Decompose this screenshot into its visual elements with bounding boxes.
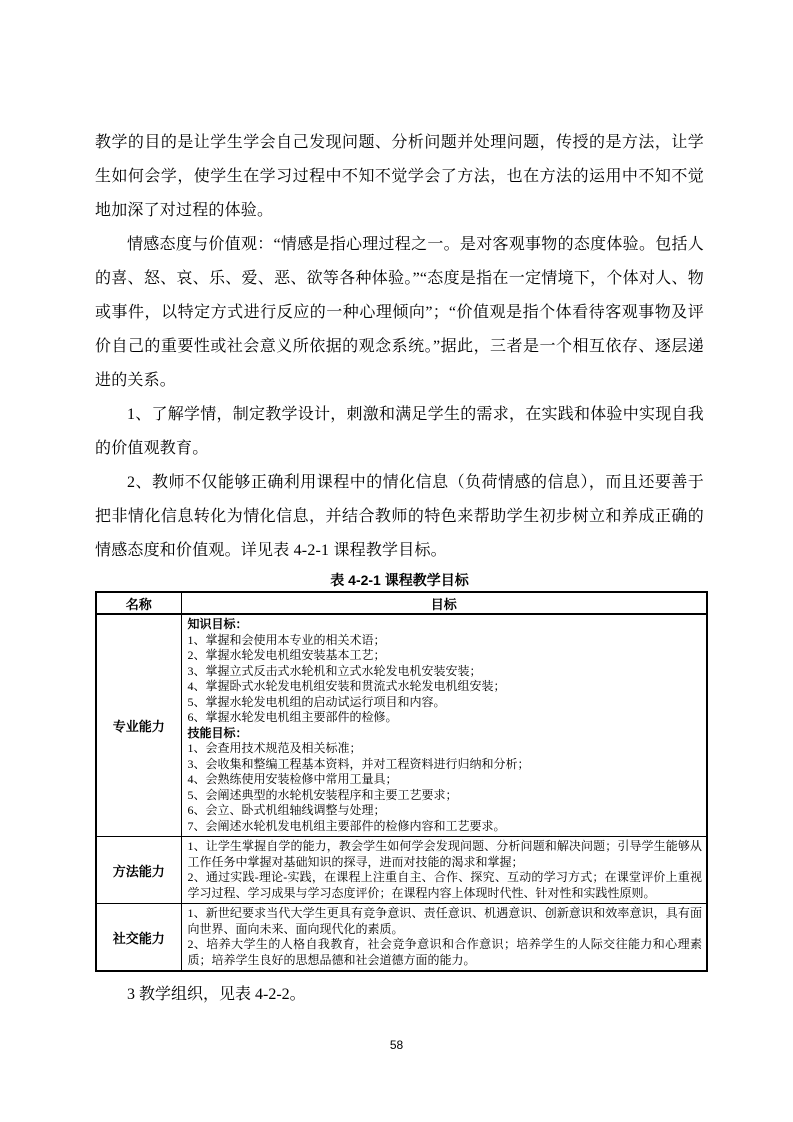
goal-cell: 1、让学生掌握自学的能力，教会学生如何学会发现问题、分析问题和解决问题；引导学生… [181,837,707,904]
body-paragraph: 教学的目的是让学生学会自己发现问题、分析问题并处理问题，传授的是方法，让学生如何… [95,126,704,228]
goal-line: 4、掌握卧式水轮发电机组安装和贯流式水轮发电机组安装； [188,679,703,695]
goal-line: 2、通过实践-理论-实践，在课程上注重自主、合作、探究、互动的学习方式；在课堂评… [188,870,703,901]
body-paragraph: 情感态度与价值观：“情感是指心理过程之一。是对客观事物的态度体验。包括人的喜、怒… [95,228,704,398]
closing-paragraph: 3 教学组织，见表 4-2-2。 [95,978,704,1012]
goal-line: 知识目标： [188,617,703,633]
capability-label: 专业能力 [96,614,181,837]
goal-line: 3、会收集和整编工程基本资料，并对工程资料进行归纳和分析； [188,757,703,773]
goal-line: 4、会熟练使用安装检修中常用工量具； [188,772,703,788]
goal-cell: 1、新世纪要求当代大学生更具有竞争意识、责任意识、机遇意识、创新意识和效率意识，… [181,904,707,972]
goal-line: 7、会阐述水轮机发电机组主要部件的检修内容和工艺要求。 [188,819,703,835]
goal-line: 1、会查用技术规范及相关标准； [188,741,703,757]
goal-line: 6、会立、卧式机组轴线调整与处理； [188,803,703,819]
capability-label: 社交能力 [96,904,181,972]
body-paragraph: 1、了解学情，制定教学设计，刺激和满足学生的需求，在实践和体验中实现自我的价值观… [95,398,704,466]
goal-line: 技能目标： [188,726,703,742]
goal-line: 5、掌握水轮发电机组的启动试运行项目和内容。 [188,695,703,711]
course-goals-table: 名称 目标 专业能力 知识目标： 1、掌握和会使用本专业的相关术语； 2、掌握水… [95,591,708,972]
header-cell-name: 名称 [96,592,181,614]
document-page: { "doc": { "paragraphs": [ { "text": "教学… [0,0,793,1122]
table-row-professional: 专业能力 知识目标： 1、掌握和会使用本专业的相关术语； 2、掌握水轮发电机组安… [96,614,707,837]
goal-line: 2、培养大学生的人格自我教育，社会竞争意识和合作意识；培养学生的人际交往能力和心… [188,937,703,968]
header-cell-goal: 目标 [181,592,707,614]
page-body: 教学的目的是让学生学会自己发现问题、分析问题并处理问题，传授的是方法，让学生如何… [95,126,704,1012]
goal-line: 1、新世纪要求当代大学生更具有竞争意识、责任意识、机遇意识、创新意识和效率意识，… [188,906,703,937]
table-header-row: 名称 目标 [96,592,707,614]
goal-line: 1、让学生掌握自学的能力，教会学生如何学会发现问题、分析问题和解决问题；引导学生… [188,839,703,870]
goal-line: 6、掌握水轮发电机组主要部件的检修。 [188,710,703,726]
table-row-method: 方法能力 1、让学生掌握自学的能力，教会学生如何学会发现问题、分析问题和解决问题… [96,837,707,904]
table-row-social: 社交能力 1、新世纪要求当代大学生更具有竞争意识、责任意识、机遇意识、创新意识和… [96,904,707,972]
goal-line: 2、掌握水轮发电机组安装基本工艺； [188,648,703,664]
body-paragraph: 2、教师不仅能够正确利用课程中的情化信息（负荷情感的信息），而且还要善于把非情化… [95,466,704,568]
capability-label: 方法能力 [96,837,181,904]
goal-cell: 知识目标： 1、掌握和会使用本专业的相关术语； 2、掌握水轮发电机组安装基本工艺… [181,614,707,837]
goal-line: 3、掌握立式反击式水轮机和立式水轮发电机安装安装； [188,664,703,680]
page-number: 58 [0,1038,793,1052]
goal-line: 5、会阐述典型的水轮机安装程序和主要工艺要求； [188,788,703,804]
table-caption: 表 4-2-1 课程教学目标 [95,570,704,590]
goal-line: 1、掌握和会使用本专业的相关术语； [188,633,703,649]
